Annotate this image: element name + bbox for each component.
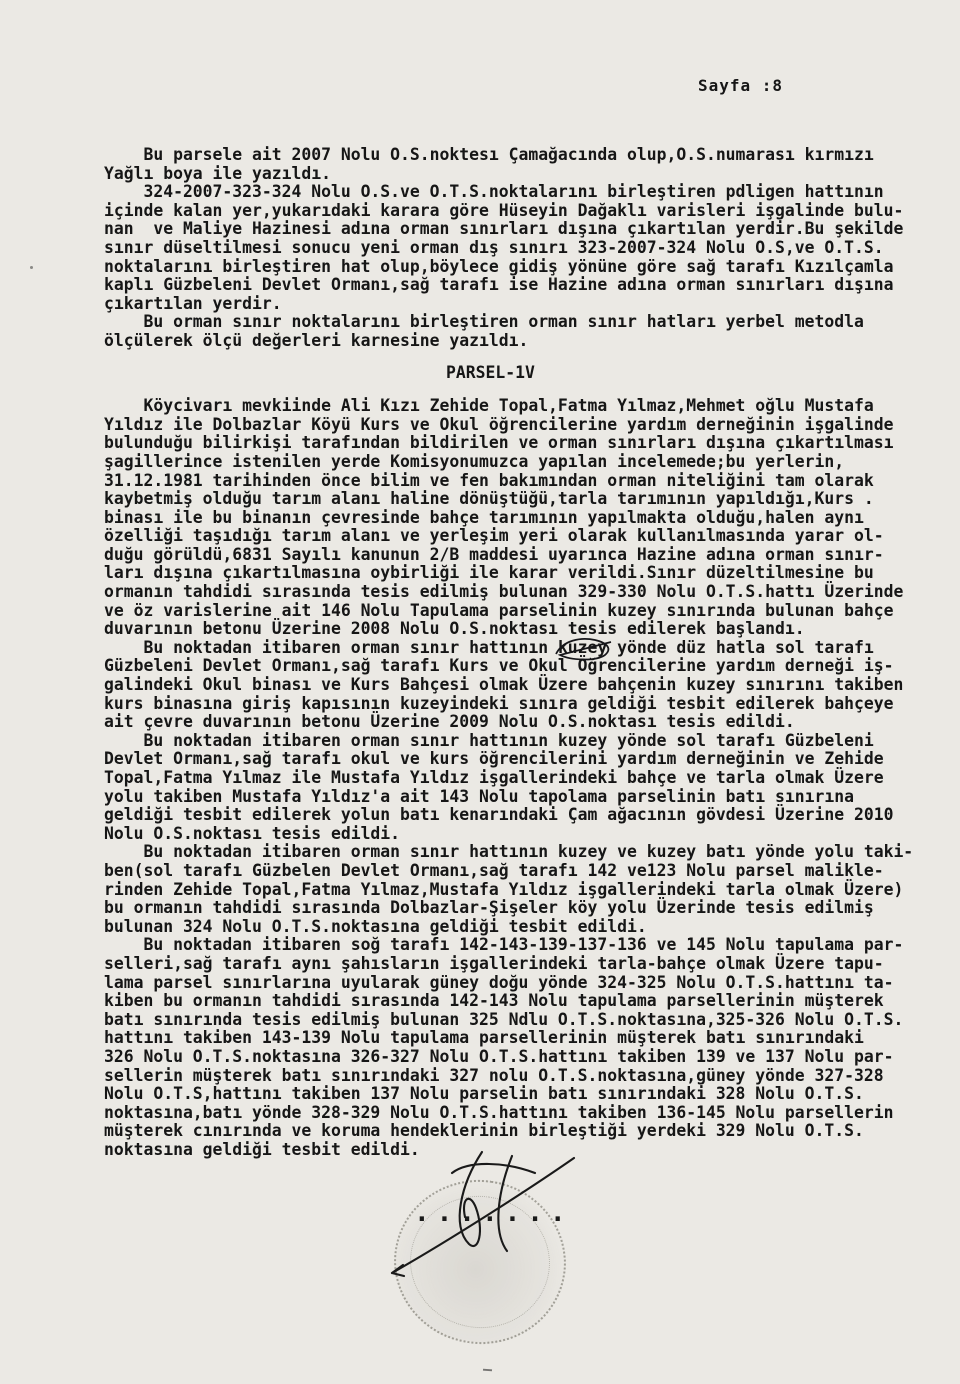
text-line: ları dışına çıkartılmasına oybirliği ile… xyxy=(104,564,950,583)
document-body: Bu parsele ait 2007 Nolu O.S.noktesı Çam… xyxy=(104,146,950,1159)
text-line: bulunduğu bilirkişi tarafından bildirile… xyxy=(104,434,950,453)
text-line: nan ve Maliye Hazinesi adına orman sınır… xyxy=(104,220,950,239)
text-line: binası ile bu binanın çevresinde bahçe t… xyxy=(104,509,950,528)
text-line: şagillerince istenilen yerde Komisyonumu… xyxy=(104,453,950,472)
signature-dots: ....... xyxy=(414,1198,573,1228)
document-page: Sayfa :8 Bu parsele ait 2007 Nolu O.S.no… xyxy=(0,0,960,1384)
text-line: Köycivarı mevkiinde Ali Kızı Zehide Topa… xyxy=(104,397,950,416)
text-line: ormanın tahdidi sırasında tesis edilmiş … xyxy=(104,583,950,602)
text-line: kaplı Güzbeleni Devlet Ormanı,sağ tarafı… xyxy=(104,276,950,295)
text-line: batı sınırında tesis edilmiş bulunan 325… xyxy=(104,1011,950,1030)
text-line: ben(sol tarafı Güzbelen Devlet Ormanı,sa… xyxy=(104,862,950,881)
text-line: sellerin müşterek batı sınırındaki 327 n… xyxy=(104,1067,950,1086)
struck-out-word: kuzey xyxy=(558,639,607,658)
text-line: müşterek cınırında ve koruma hendeklerin… xyxy=(104,1122,950,1141)
text-line: Nolu O.T.S,hattını takiben 137 Nolu pars… xyxy=(104,1085,950,1104)
text-line: kurs binasına giriş kapısının kuzeyindek… xyxy=(104,695,950,714)
text-line: galindeki Okul binası ve Kurs Bahçesi ol… xyxy=(104,676,950,695)
text-line: noktasına,batı yönde 328-329 Nolu O.T.S.… xyxy=(104,1104,950,1123)
text-line: bulunan 324 Nolu O.T.S.noktasına geldiği… xyxy=(104,918,950,937)
text-line: lama parsel sınırlarına uyularak güney d… xyxy=(104,974,950,993)
text-line: çıkartılan yerdir. xyxy=(104,295,950,314)
text-line: özelliği taşıdığı tarım alanı ve yerleşi… xyxy=(104,527,950,546)
text-line: ve öz varislerine ait 146 Nolu Tapulama … xyxy=(104,602,950,621)
text-line: bu ormanın tahdidi sırasında Dolbazlar-Ş… xyxy=(104,899,950,918)
text-line: geldiği tesbit edilerek yolun batı kenar… xyxy=(104,806,950,825)
page-number-label: Sayfa :8 xyxy=(698,76,783,95)
text-line: Devlet Ormanı,sağ tarafı okul ve kurs öğ… xyxy=(104,750,950,769)
text-line: yolu takiben Mustafa Yıldız'a ait 143 No… xyxy=(104,788,950,807)
text-line: sınır düseltilmesi sonucu yeni orman dış… xyxy=(104,239,950,258)
text-line: noktalarını birleştiren hat olup,böylece… xyxy=(104,258,950,277)
text-line: Nolu O.S.noktası tesis edildi. xyxy=(104,825,950,844)
text-line: Yıldız ile Dolbazlar Köyü Kurs ve Okul ö… xyxy=(104,416,950,435)
text-line: içinde kalan yer,yukarıdaki karara göre … xyxy=(104,202,950,221)
section-heading: PARSEL-1V xyxy=(446,364,950,383)
text-line: Bu parsele ait 2007 Nolu O.S.noktesı Çam… xyxy=(104,146,950,165)
text-line: Bu orman sınır noktalarını birleştiren o… xyxy=(104,313,950,332)
scan-speck xyxy=(30,266,33,269)
text-line: Bu noktadan itibaren orman sınır hattını… xyxy=(104,843,950,862)
text-line: Bu noktadan itibaren soğ tarafı 142-143-… xyxy=(104,936,950,955)
text-line: ölçülerek ölçü değerleri karnesine yazıl… xyxy=(104,332,950,351)
text-line: Güzbeleni Devlet Ormanı,sağ tarafı Kurs … xyxy=(104,657,950,676)
text-line: 31.12.1981 tarihinden önce bilim ve fen … xyxy=(104,472,950,491)
text-line: hattını takiben 143-139 Nolu tapulama pa… xyxy=(104,1029,950,1048)
text-line: kiben bu ormanın tahdidi sırasında 142-1… xyxy=(104,992,950,1011)
text-line: Yağlı boya ile yazıldı. xyxy=(104,165,950,184)
text-line: selleri,sağ tarafı aynı şahısların işgal… xyxy=(104,955,950,974)
text-line: kaybetmiş olduğu tarım alanı haline dönü… xyxy=(104,490,950,509)
text-line-with-strikeout: Bu noktadan itibaren orman sınır hattını… xyxy=(104,639,950,658)
text-line: 324-2007-323-324 Nolu O.S.ve O.T.S.nokta… xyxy=(104,183,950,202)
text-line: rinden Zehide Topal,Fatma Yılmaz,Mustafa… xyxy=(104,881,950,900)
text-line: 326 Nolu O.T.S.noktasına 326-327 Nolu O.… xyxy=(104,1048,950,1067)
scan-speck xyxy=(483,1369,492,1372)
text-line: duğu görüldü,6831 Sayılı kanunun 2/B mad… xyxy=(104,546,950,565)
text-line: Bu noktadan itibaren orman sınır hattını… xyxy=(104,732,950,751)
text-line: duvarının betonu Üzerine 2008 Nolu O.S.n… xyxy=(104,620,950,639)
text-line: Topal,Fatma Yılmaz ile Mustafa Yıldız iş… xyxy=(104,769,950,788)
text-line: ait çevre duvarının betonu Üzerine 2009 … xyxy=(104,713,950,732)
